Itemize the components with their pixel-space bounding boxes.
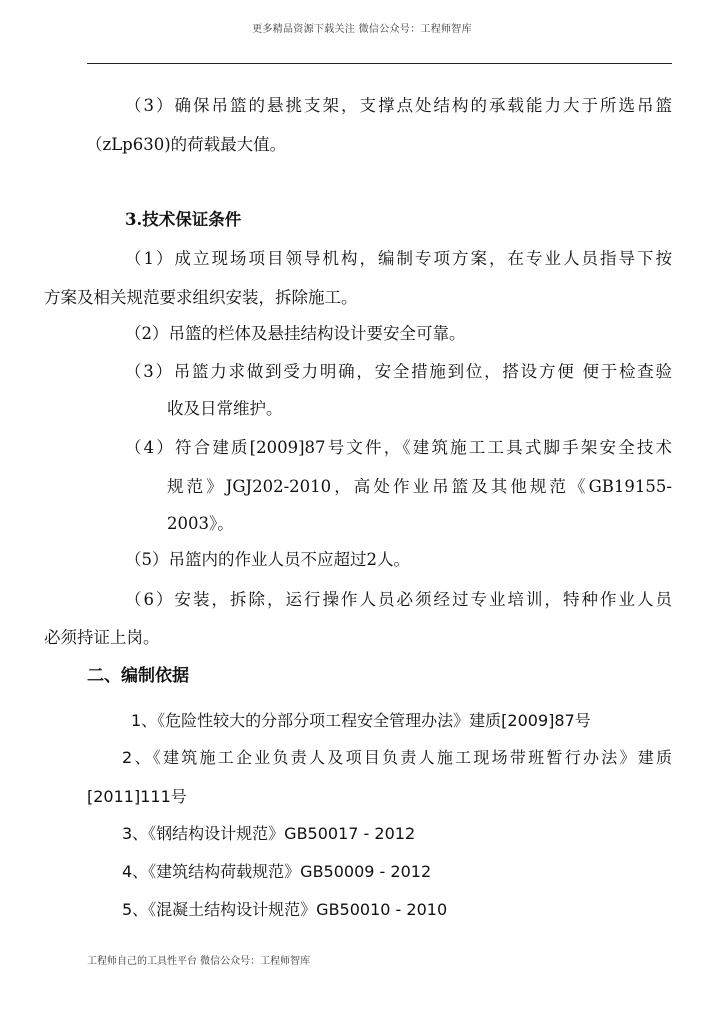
basis-item-3: 3、《钢结构设计规范》GB50017 - 2012 (122, 824, 415, 844)
section-heading-2: 二、编制依据 (87, 666, 189, 686)
paragraph-item-3-line-1: （3）确保吊篮的悬挑支架，支撑点处结构的承载能力大于所选吊篮 (125, 96, 672, 116)
basis-item-2-line-1: 2、《建筑施工企业负责人及项目负责人施工现场带班暂行办法》建质 (122, 748, 672, 768)
document-page: 更多精品资源下载关注 微信公众号：工程师智库 （3）确保吊篮的悬挑支架，支撑点处… (0, 0, 724, 1024)
page-footer: 工程师自己的工具性平台 微信公众号：工程师智库 (87, 952, 310, 967)
condition-2-line-1: （2）吊篮的栏体及悬挂结构设计要安全可靠。 (125, 324, 466, 344)
basis-item-2-line-2: [2011]111号 (87, 787, 187, 807)
basis-item-5: 5、《混凝土结构设计规范》GB50010 - 2010 (122, 900, 447, 920)
condition-1-line-2: 方案及相关规范要求组织安装，拆除施工。 (44, 288, 358, 308)
condition-4-line-3: 2003》。 (167, 514, 234, 534)
condition-3-line-2: 收及日常维护。 (167, 399, 283, 419)
condition-4-line-2: 规范》JGJ202-2010，高处作业吊篮及其他规范《GB19155- (167, 477, 672, 497)
page-header: 更多精品资源下载关注 微信公众号：工程师智库 (0, 20, 724, 35)
condition-5-line-1: （5）吊篮内的作业人员不应超过2人。 (125, 550, 410, 570)
section-heading-3: 3.技术保证条件 (125, 210, 241, 230)
basis-item-4: 4、《建筑结构荷载规范》GB50009 - 2012 (122, 862, 431, 882)
condition-6-line-2: 必须持证上岗。 (44, 628, 160, 648)
header-divider (87, 63, 672, 64)
paragraph-item-3-line-2: （zLp630)的荷载最大值。 (86, 135, 286, 155)
basis-item-1: 1、《危险性较大的分部分项工程安全管理办法》建质[2009]87号 (131, 711, 591, 731)
condition-6-line-1: （6）安装，拆除，运行操作人员必须经过专业培训，特种作业人员 (125, 590, 672, 610)
condition-3-line-1: （3）吊篮力求做到受力明确，安全措施到位，搭设方便 便于检查验 (125, 362, 672, 382)
condition-4-line-1: （4）符合建质[2009]87号文件，《建筑施工工具式脚手架安全技术 (125, 438, 672, 458)
condition-1-line-1: （1）成立现场项目领导机构，编制专项方案，在专业人员指导下按 (125, 249, 672, 269)
